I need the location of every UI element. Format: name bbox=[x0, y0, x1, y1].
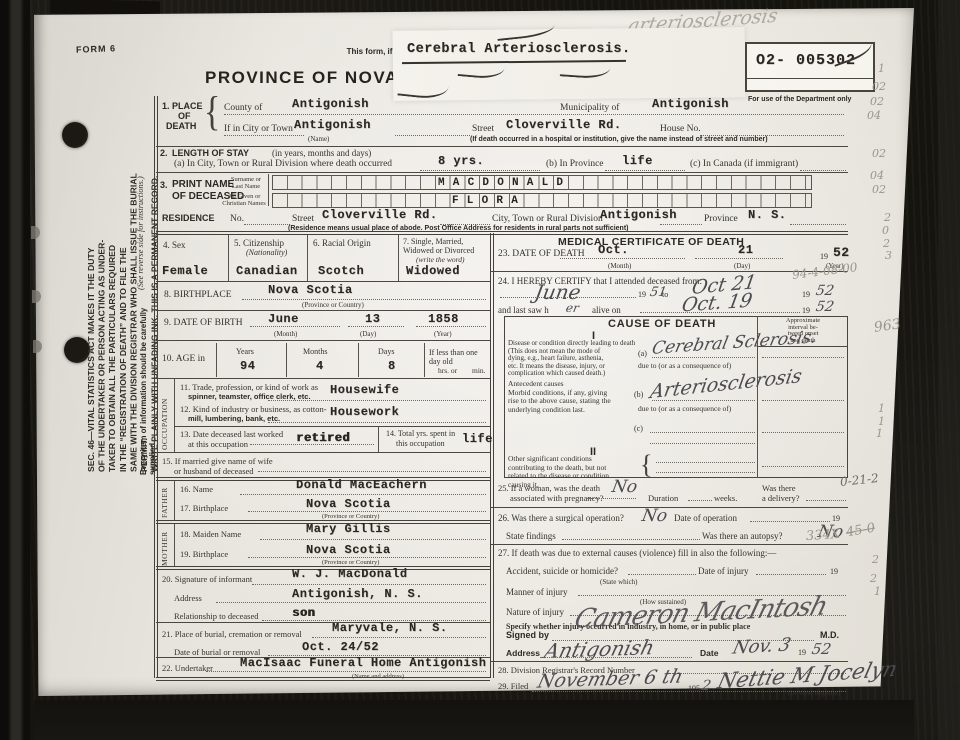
street-value: Cloverville Rd. bbox=[506, 118, 622, 132]
group-divider bbox=[174, 524, 175, 566]
leader bbox=[562, 539, 700, 540]
age-months-value: 4 bbox=[316, 359, 324, 373]
date-label: Date bbox=[700, 648, 718, 658]
margin-note: 1 bbox=[876, 427, 883, 440]
cell-divider bbox=[228, 235, 229, 281]
marital-value: Widowed bbox=[406, 264, 460, 278]
q25-answer: No bbox=[610, 477, 639, 497]
to-year-pre: 19 bbox=[802, 290, 810, 299]
dob-day-note: (Day) bbox=[360, 330, 376, 338]
citizenship-label: 5. Citizenship bbox=[234, 238, 284, 248]
dob-year-note: (Year) bbox=[434, 330, 452, 338]
q26-autopsy-label: Was there an autopsy? bbox=[702, 531, 783, 541]
leader bbox=[395, 135, 470, 136]
due-to-1: due to (or as a consequence of) bbox=[638, 361, 731, 370]
county-value: Antigonish bbox=[292, 97, 369, 111]
form-left-border bbox=[154, 96, 158, 678]
q26-date-label: Date of operation bbox=[674, 513, 737, 523]
leader bbox=[260, 539, 486, 540]
mother-birthplace-label: 19. Birthplace bbox=[180, 549, 228, 559]
margin-note: 02 bbox=[870, 95, 884, 108]
q25-delivery-label1: Was there bbox=[762, 483, 796, 493]
alive-on-label: alive on bbox=[592, 305, 621, 315]
mother-birthplace-note: (Province or Country) bbox=[322, 559, 379, 566]
leader bbox=[695, 258, 783, 259]
sidebar-supplied-note: Every item of information should be care… bbox=[139, 290, 151, 475]
citizenship-value: Canadian bbox=[236, 264, 298, 278]
leader bbox=[688, 500, 712, 501]
leader bbox=[242, 299, 486, 300]
q25-duration-label: Duration bbox=[648, 493, 678, 503]
father-birthplace-note: (Province or Country) bbox=[322, 513, 379, 520]
sec2-sub: (in years, months and days) bbox=[272, 148, 371, 158]
county-label: County of bbox=[224, 103, 262, 113]
age-years-label: Years bbox=[236, 347, 254, 356]
leader bbox=[420, 170, 540, 171]
q25-delivery-label2: a delivery? bbox=[762, 493, 800, 503]
cell-divider bbox=[358, 343, 359, 377]
due-to-2: due to (or as a consequence of) bbox=[638, 404, 731, 413]
informant-name-value: W. J. MacDonald bbox=[292, 567, 408, 581]
cell-divider bbox=[216, 343, 217, 377]
municipality-value: Antigonish bbox=[652, 97, 729, 111]
margin-note: 0 bbox=[882, 224, 889, 237]
film-edge-right bbox=[938, 0, 960, 740]
given-name-value: FLORA bbox=[452, 195, 526, 207]
residence-no-label: No. bbox=[230, 214, 244, 224]
row-rule bbox=[491, 544, 848, 545]
margin-note: 2 bbox=[872, 553, 879, 566]
name-note: (Name) bbox=[308, 135, 329, 143]
city-label: If in City or Town bbox=[224, 124, 293, 134]
sec1-label-of: OF bbox=[178, 111, 191, 121]
leader bbox=[206, 671, 486, 672]
physician-address: Antigonish bbox=[542, 635, 657, 663]
burial-place-label: 21. Place of burial, cremation or remova… bbox=[162, 629, 302, 639]
mother-birthplace-value: Nova Scotia bbox=[306, 543, 391, 557]
residence-city-value: Antigonish bbox=[600, 208, 677, 222]
residence-label: RESIDENCE bbox=[162, 213, 215, 223]
dod-year-pre: 19 bbox=[820, 252, 828, 261]
cell-divider bbox=[398, 235, 399, 281]
father-name-label: 16. Name bbox=[180, 484, 213, 494]
film-edge-bottom bbox=[34, 700, 914, 740]
margin-note: 2 bbox=[884, 211, 891, 224]
scanned-death-certificate: SEC. 46—VITAL STATISTICS ACT MAKES IT TH… bbox=[0, 0, 960, 740]
surname-sublabel: Surname or Last Name bbox=[226, 176, 266, 190]
residence-street-label: Street bbox=[292, 214, 314, 224]
leader bbox=[252, 584, 486, 585]
leader bbox=[224, 135, 304, 136]
dob-year-value: 1858 bbox=[428, 312, 459, 326]
from-year-pre: 19 bbox=[638, 290, 646, 299]
dob-label: 9. DATE OF BIRTH bbox=[164, 318, 243, 328]
birthplace-value: Nova Scotia bbox=[268, 283, 353, 297]
hospital-note: (If death occurred in a hospital or inst… bbox=[470, 136, 768, 143]
father-birthplace-label: 17. Birthplace bbox=[180, 503, 228, 513]
last-saw-her: er bbox=[565, 301, 580, 315]
given-sublabel: All Given or Christian Names bbox=[220, 193, 268, 207]
age-days-value: 8 bbox=[388, 359, 396, 373]
residence-city-label: City, Town or Rural Division bbox=[492, 214, 603, 224]
cause-b-label: (b) bbox=[634, 390, 643, 399]
stay-c-label: (c) In Canada (if immigrant) bbox=[690, 159, 798, 169]
dod-day-value: 21 bbox=[738, 243, 753, 257]
leader bbox=[244, 224, 290, 225]
leader bbox=[656, 462, 755, 463]
leader bbox=[248, 511, 486, 512]
residence-province-label: Province bbox=[704, 214, 738, 224]
municipality-label: Municipality of bbox=[560, 103, 619, 113]
stay-b-label: (b) In Province bbox=[546, 159, 604, 169]
age-years-value: 94 bbox=[240, 359, 255, 373]
section-rule bbox=[156, 146, 848, 147]
row-rule bbox=[156, 310, 490, 311]
dod-month-note: (Month) bbox=[608, 262, 631, 270]
leader bbox=[224, 114, 844, 115]
row-rule bbox=[491, 507, 848, 508]
dod-month-value: Oct. bbox=[598, 243, 629, 257]
to-year-value: 52 bbox=[815, 283, 836, 299]
leader bbox=[532, 691, 846, 692]
margin-note: 02 bbox=[872, 147, 886, 160]
cause-title: CAUSE OF DEATH bbox=[608, 318, 716, 330]
leader bbox=[268, 422, 486, 423]
leader bbox=[240, 494, 486, 495]
father-side-label: FATHER bbox=[160, 482, 172, 518]
margin-note: 3 bbox=[885, 249, 892, 262]
q26-label: 26. Was there a surgical operation? bbox=[498, 513, 624, 523]
surname-value: MACDONALD bbox=[438, 177, 571, 189]
sex-label: 4. Sex bbox=[163, 240, 186, 250]
form-number: FORM 6 bbox=[76, 43, 116, 54]
q27-accident-label: Accident, suicide or homicide? bbox=[506, 566, 618, 576]
q26-findings-label: State findings bbox=[506, 531, 556, 541]
q27-manner-label: Manner of injury bbox=[506, 587, 567, 597]
stay-a-value: 8 yrs. bbox=[438, 154, 484, 168]
q27-year-pre: 19 bbox=[830, 567, 838, 576]
sec1-label-death: DEATH bbox=[166, 121, 196, 131]
row-rule bbox=[156, 281, 490, 282]
cell-divider bbox=[307, 235, 308, 281]
leader bbox=[656, 472, 755, 473]
leader bbox=[416, 326, 486, 327]
sec2-no: 2. bbox=[160, 148, 168, 158]
sec3-label: PRINT NAME bbox=[172, 179, 234, 190]
leader bbox=[605, 170, 685, 171]
last-saw-label: and last saw h bbox=[498, 305, 549, 315]
q27-state-which: (State which) bbox=[600, 578, 638, 586]
cause-brace: { bbox=[640, 450, 652, 480]
margin-note: 334X bbox=[806, 527, 841, 544]
signed-date-value: Nov. 3 bbox=[731, 634, 793, 658]
group-divider bbox=[174, 379, 175, 452]
column-divider bbox=[490, 233, 494, 678]
margin-note: 02 bbox=[872, 80, 886, 93]
leader bbox=[652, 357, 755, 358]
cell-divider bbox=[268, 174, 269, 206]
mother-name-value: Mary Gillis bbox=[306, 522, 391, 536]
previous-page-scrap bbox=[50, 0, 160, 16]
dob-day-value: 13 bbox=[365, 312, 380, 326]
leader bbox=[756, 574, 826, 575]
leader bbox=[312, 637, 486, 638]
double-rule bbox=[156, 231, 848, 235]
punch-hole-top bbox=[62, 122, 88, 148]
address-label: Address bbox=[506, 648, 540, 658]
leader bbox=[652, 400, 755, 401]
city-value: Antigonish bbox=[294, 118, 371, 132]
leader bbox=[560, 258, 685, 259]
leader bbox=[500, 297, 636, 298]
age-label: 10. AGE in bbox=[162, 354, 205, 364]
q29-label: 29. Filed bbox=[498, 681, 528, 691]
residence-province-value: N. S. bbox=[748, 208, 787, 222]
dod-day-note: (Day) bbox=[734, 262, 750, 270]
undertaker-value: MacIsaac Funeral Home Antigonish bbox=[240, 656, 486, 670]
given-letter-boxes bbox=[272, 193, 812, 208]
q27-date-label: Date of injury bbox=[698, 566, 748, 576]
leader bbox=[650, 432, 755, 433]
stay-b-value: life bbox=[622, 154, 653, 168]
sec1-brace: { bbox=[204, 90, 220, 136]
last-worked-label2: at this occupation bbox=[188, 439, 248, 449]
last-year-pre: 19 bbox=[802, 306, 810, 315]
industry-label2: mill, lumbering, bank, etc. bbox=[188, 414, 280, 423]
cell-divider bbox=[286, 343, 287, 377]
leader bbox=[250, 444, 374, 445]
leader bbox=[268, 400, 486, 401]
antecedent-label: Antecedent causes Morbid conditions, if … bbox=[508, 380, 611, 414]
last-worked-value: retired bbox=[296, 431, 350, 445]
leader bbox=[762, 357, 844, 358]
spouse-label2: or husband of deceased bbox=[174, 466, 254, 476]
street-label: Street bbox=[472, 124, 494, 134]
md-label: M.D. bbox=[820, 630, 839, 640]
birthplace-label: 8. BIRTHPLACE bbox=[164, 290, 232, 300]
stamped-diagnosis-text: Cerebral Arteriosclerosis. bbox=[407, 42, 631, 57]
cell-divider bbox=[424, 343, 425, 377]
signed-year-value: 52 bbox=[810, 640, 832, 658]
informant-address-value: Antigonish, N. S. bbox=[292, 587, 423, 601]
q25-label1: 25. If a woman, was the death bbox=[498, 483, 600, 493]
age-months-label: Months bbox=[303, 347, 327, 356]
sex-value: Female bbox=[162, 264, 208, 278]
q27-label: 27. If death was due to external causes … bbox=[498, 548, 776, 558]
group-divider bbox=[174, 481, 175, 521]
margin-note: 04 bbox=[870, 169, 884, 182]
leader bbox=[586, 498, 636, 499]
leader bbox=[762, 432, 844, 433]
leader bbox=[640, 312, 800, 313]
marital-sublabel: (write the word) bbox=[416, 255, 464, 264]
birthplace-note: (Province or Country) bbox=[302, 301, 364, 309]
double-rule bbox=[156, 677, 490, 681]
box-rule bbox=[747, 78, 873, 79]
row-rule bbox=[156, 378, 490, 379]
trade-label: 11. Trade, profession, or kind of work a… bbox=[180, 382, 318, 392]
q26-answer: No bbox=[640, 506, 669, 526]
row-rule bbox=[156, 340, 490, 341]
leader bbox=[762, 400, 844, 401]
age-hrs-label: hrs. or bbox=[438, 366, 457, 375]
leader bbox=[806, 500, 846, 501]
leader bbox=[800, 170, 846, 171]
leader bbox=[216, 602, 486, 603]
margin-note: 1 bbox=[878, 62, 885, 75]
department-only-note: For use of the Department only bbox=[748, 96, 851, 103]
row-rule bbox=[491, 661, 848, 662]
dob-month-value: June bbox=[268, 312, 299, 326]
margin-note: 02 bbox=[872, 183, 886, 196]
mother-name-label: 18. Maiden Name bbox=[180, 529, 241, 539]
leader bbox=[790, 224, 846, 225]
leader bbox=[762, 466, 844, 467]
q27-nature-label: Nature of injury bbox=[506, 607, 564, 617]
medical-certificate-title: MEDICAL CERTIFICATE OF DEATH bbox=[558, 236, 744, 248]
age-note: If less than one day old bbox=[429, 348, 487, 366]
citizenship-sublabel: (Nationality) bbox=[246, 248, 287, 257]
margin-note: 04 bbox=[867, 109, 881, 122]
leader bbox=[250, 326, 340, 327]
informant-relation-value: son bbox=[292, 606, 315, 620]
margin-note: 1 bbox=[874, 585, 881, 598]
racial-origin-label: 6. Racial Origin bbox=[313, 238, 371, 248]
leader bbox=[660, 224, 702, 225]
to-label: to bbox=[662, 290, 668, 299]
sec2-label: LENGTH OF STAY bbox=[172, 148, 249, 158]
residence-street-value: Cloverville Rd. bbox=[322, 208, 438, 222]
sidebar-see-reverse-note: (See reverse side for instructions.) bbox=[136, 150, 148, 290]
leader bbox=[248, 557, 486, 558]
father-name-value: Donald MacEachern bbox=[296, 478, 427, 492]
sec3-no: 3. bbox=[160, 180, 168, 190]
occupation-side-label: OCCUPATION bbox=[160, 380, 172, 450]
margin-note: 2 bbox=[870, 572, 877, 585]
section-rule bbox=[156, 172, 848, 173]
margin-note: 1 bbox=[878, 402, 885, 415]
informant-relation-label: Relationship to deceased bbox=[174, 611, 259, 621]
sec1-label: PLACE bbox=[172, 101, 203, 111]
leader bbox=[650, 443, 755, 444]
certify-label: 24. I HEREBY CERTIFY that I attended dec… bbox=[498, 276, 702, 286]
q25-weeks-label: weeks. bbox=[714, 493, 737, 503]
leader bbox=[628, 574, 696, 575]
leader bbox=[258, 471, 486, 472]
signed-by-label: Signed by bbox=[506, 630, 549, 640]
last-year-value: 52 bbox=[815, 299, 836, 315]
total-years-value: life bbox=[462, 432, 493, 446]
trade-value: Housewife bbox=[330, 383, 399, 397]
leader bbox=[750, 521, 830, 522]
film-edge-left bbox=[0, 0, 30, 740]
industry-label: 12. Kind of industry or business, as cot… bbox=[180, 404, 327, 414]
informant-address-label: Address bbox=[174, 593, 202, 603]
leader bbox=[348, 326, 404, 327]
house-no-label: House No. bbox=[660, 124, 701, 134]
father-birthplace-value: Nova Scotia bbox=[306, 497, 391, 511]
burial-date-value: Oct. 24/52 bbox=[302, 640, 379, 654]
sec1-no-label: 1. bbox=[162, 101, 170, 111]
total-years-label2: this occupation bbox=[396, 439, 445, 448]
dob-month-note: (Month) bbox=[274, 330, 297, 338]
stay-a-label: (a) In City, Town or Rural Division wher… bbox=[174, 159, 392, 169]
mother-side-label: MOTHER bbox=[160, 526, 172, 566]
last-worked-label: 13. Date deceased last worked bbox=[180, 429, 283, 439]
row-rule bbox=[174, 426, 490, 427]
disease-label: Disease or condition directly leading to… bbox=[508, 340, 635, 378]
cause-c-label: (c) bbox=[634, 424, 643, 433]
spouse-label: 15. If married give name of wife bbox=[162, 456, 273, 466]
industry-value: Housework bbox=[330, 405, 399, 419]
signed-year-pre: 19 bbox=[798, 648, 806, 657]
leader bbox=[540, 657, 692, 658]
cause-a-label: (a) bbox=[638, 349, 647, 358]
cell-divider bbox=[378, 426, 379, 452]
dod-year-value: 52 bbox=[833, 245, 850, 260]
marital-label: 7. Single, Married, Widowed or Divorced bbox=[403, 237, 474, 255]
age-min-label: min. bbox=[472, 366, 486, 375]
row-rule bbox=[156, 452, 490, 453]
racial-origin-value: Scotch bbox=[318, 264, 364, 278]
informant-label: 20. Signature of informant bbox=[162, 574, 252, 584]
age-days-label: Days bbox=[378, 347, 394, 356]
total-years-label: 14. Total yrs. spent in bbox=[386, 429, 455, 438]
burial-place-value: Maryvale, N. S. bbox=[332, 621, 448, 635]
